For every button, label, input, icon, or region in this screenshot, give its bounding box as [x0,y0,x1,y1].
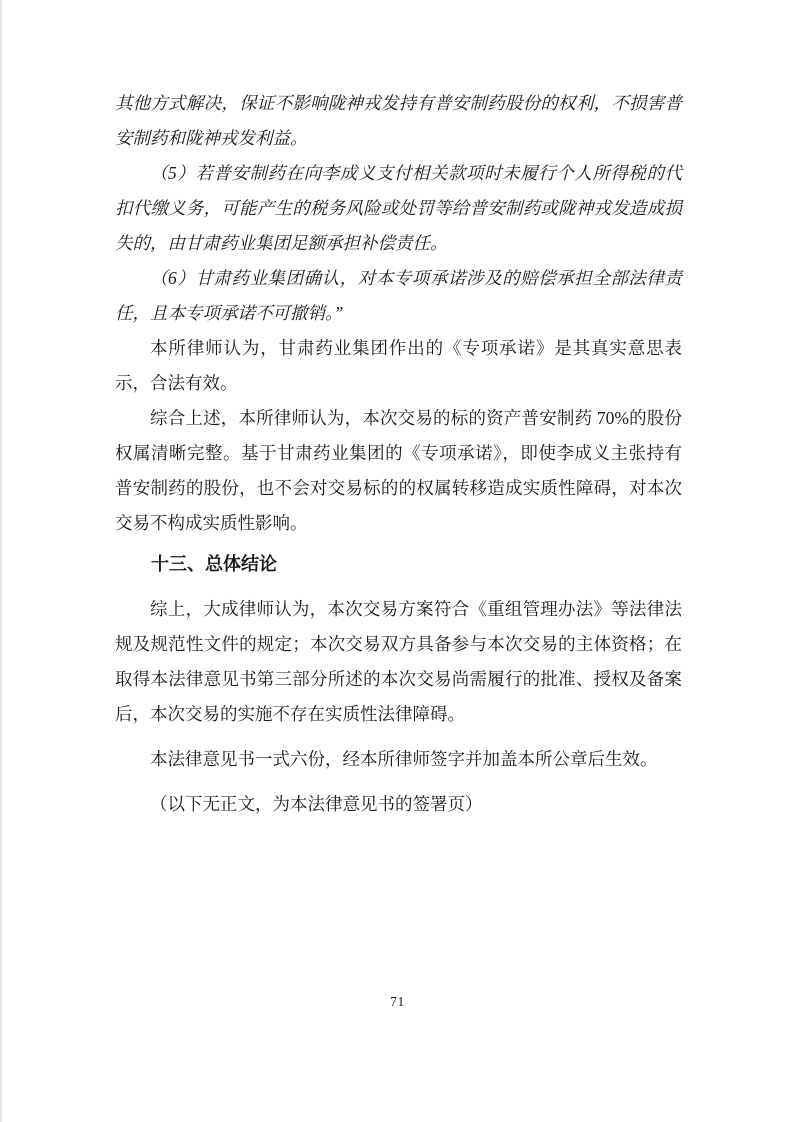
paragraph-overall-conclusion: 综上，大成律师认为，本次交易方案符合《重组管理办法》等法律法规及规范性文件的规定… [115,592,682,732]
paragraph-quote-item-6: （6）甘肃药业集团确认，对本专项承诺涉及的赔偿承担全部法律责任，且本专项承诺不可… [115,261,682,331]
paragraph-lawyer-opinion-special-commitment: 本所律师认为，甘肃药业集团作出的《专项承诺》是其真实意思表示，合法有效。 [115,331,682,401]
paragraph-quote-continuation: 其他方式解决，保证不影响陇神戎发持有普安制药股份的权利，不损害普安制药和陇神戎发… [115,86,682,156]
paragraph-signature-page-note: （以下无正文，为本法律意见书的签署页） [115,787,682,822]
paragraph-quote-item-5: （5）若普安制药在向李成义支付相关款项时未履行个人所得税的代扣代缴义务，可能产生… [115,156,682,261]
paragraph-copies-effectiveness-note: 本法律意见书一式六份，经本所律师签字并加盖本所公章后生效。 [115,742,682,777]
document-page: 其他方式解决，保证不影响陇神戎发持有普安制药股份的权利，不损害普安制药和陇神戎发… [0,0,793,1122]
page-number: 71 [2,994,793,1010]
document-body: 其他方式解决，保证不影响陇神戎发持有普安制药股份的权利，不损害普安制药和陇神戎发… [115,86,682,822]
paragraph-lawyer-opinion-summary: 综合上述，本所律师认为，本次交易的标的资产普安制药 70%的股份权属清晰完整。基… [115,401,682,541]
section-heading-13-overall-conclusion: 十三、总体结论 [115,547,682,582]
